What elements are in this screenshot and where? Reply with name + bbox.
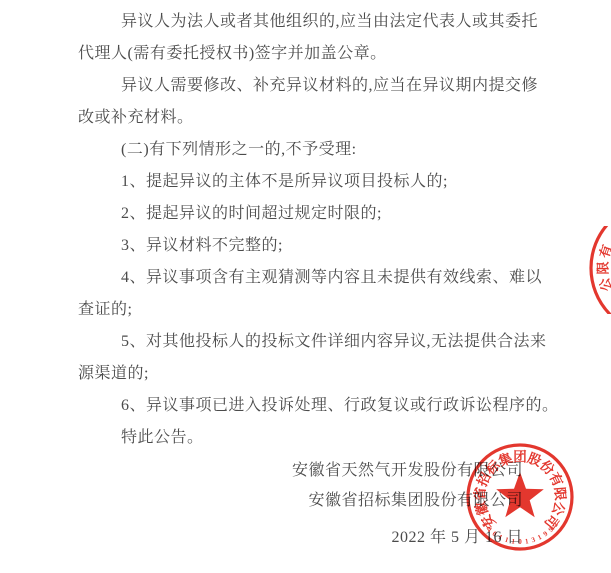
body-line: 查证的; <box>78 294 559 326</box>
body-line: 3、异议材料不完整的; <box>78 230 559 262</box>
seal-code-digit: 1 <box>524 537 529 546</box>
seal-code-digit: 1 <box>536 533 543 542</box>
seal-code-digit: 3 <box>531 536 537 545</box>
seal-ring-char: 限 <box>552 486 568 501</box>
signature-date: 2022 年 5 月 16 日 <box>391 529 523 547</box>
partial-seal-char: 公 <box>596 275 611 293</box>
body-line: 代理人(需有委托授权书)签字并加盖公章。 <box>78 38 559 70</box>
seal-code-digit: 9 <box>542 529 550 538</box>
body-line: 改或补充材料。 <box>78 102 559 134</box>
partial-seal-char: 限 <box>596 261 611 274</box>
body-line: 5、对其他投标人的投标文件详细内容异议,无法提供合法来 <box>78 326 559 358</box>
body-line: 源渠道的; <box>78 358 559 390</box>
body-line: 异议人为法人或者其他组织的,应当由法定代表人或其委托 <box>78 6 559 38</box>
seal-ring-char: 司 <box>541 512 562 532</box>
signature-company-1: 安徽省天然气开发股份有限公司 <box>292 462 523 480</box>
body-line: 4、异议事项含有主观猜测等内容且未提供有效线索、难以 <box>78 262 559 294</box>
body-line: 2、提起异议的时间超过规定时限的; <box>78 198 559 230</box>
partial-edge-seal: 有限公 <box>581 226 611 314</box>
seal-ring-char: 份 <box>537 457 558 478</box>
body-line: 6、异议事项已进入投诉处理、行政复议或行政诉讼程序的。 <box>78 390 559 422</box>
body-line: (二)有下列情形之一的,不予受理: <box>78 134 559 166</box>
seal-code-digit: 2 <box>551 520 560 528</box>
partial-seal-outer-ring <box>591 226 611 314</box>
document-page: 异议人为法人或者其他组织的,应当由法定代表人或其委托 代理人(需有委托授权书)签… <box>0 0 611 573</box>
signature-company-2: 安徽省招标集团股份有限公司 <box>308 492 523 510</box>
partial-seal-icon: 有限公 <box>581 226 611 314</box>
seal-code-digit: 9 <box>547 525 555 534</box>
partial-seal-char: 有 <box>596 243 611 260</box>
announcement-body: 异议人为法人或者其他组织的,应当由法定代表人或其委托 代理人(需有委托授权书)签… <box>78 6 559 454</box>
seal-code-digit: 3 <box>480 521 489 529</box>
body-line: 特此公告。 <box>78 422 559 454</box>
seal-ring-char: 公 <box>549 500 567 518</box>
seal-ring-char: 有 <box>546 470 567 490</box>
body-line: 异议人需要修改、补充异议材料的,应当在异议期内提交修 <box>78 70 559 102</box>
body-line: 1、提起异议的主体不是所异议项目投标人的; <box>78 166 559 198</box>
